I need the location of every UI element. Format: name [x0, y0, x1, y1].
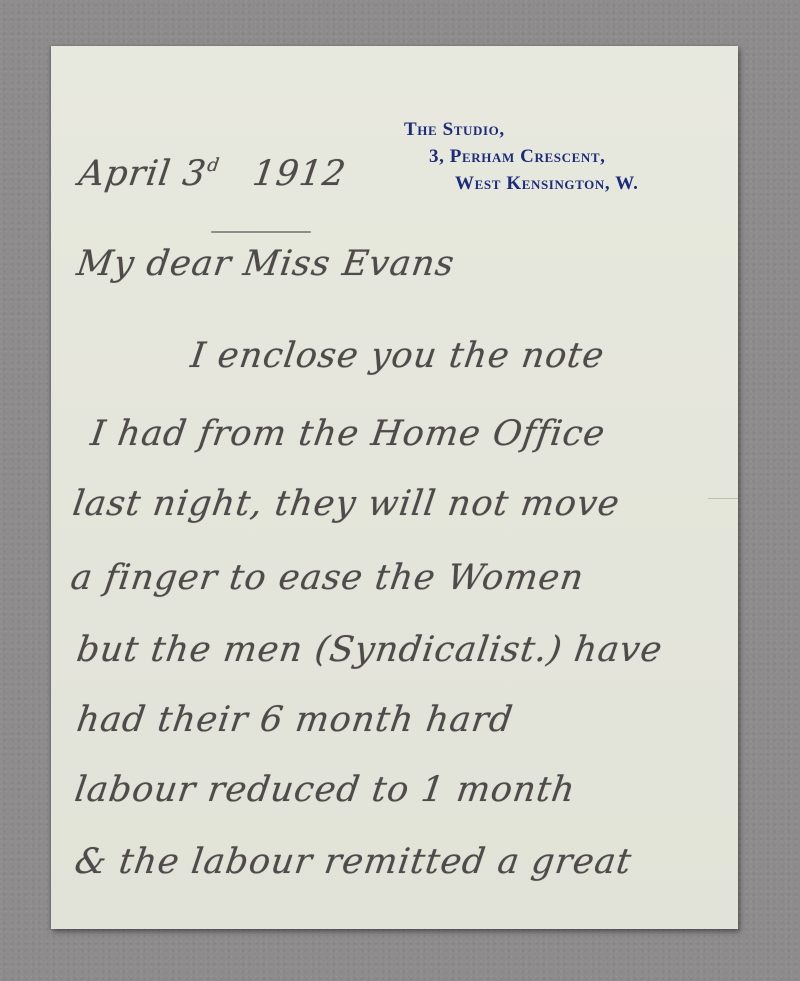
body-line-4: a finger to ease the Women	[68, 558, 586, 598]
date-year: 1912	[250, 154, 349, 194]
letterhead-line-2: 3, Perham Crescent,	[429, 143, 638, 170]
date-underline	[211, 231, 311, 233]
date-month-day: April 3	[76, 154, 209, 194]
letter-card: The Studio, 3, Perham Crescent, West Ken…	[51, 46, 738, 929]
body-line-3: last night, they will not move	[70, 484, 622, 524]
letter-date: April 3d 1912	[76, 154, 349, 194]
body-line-6: had their 6 month hard	[74, 700, 515, 740]
letterhead-line-3: West Kensington, W.	[455, 170, 638, 197]
body-line-7: labour reduced to 1 month	[72, 770, 578, 810]
date-ordinal: d	[206, 155, 221, 176]
body-line-1: I enclose you the note	[188, 336, 607, 376]
body-line-5: but the men (Syndicalist.) have	[74, 630, 665, 670]
body-line-2: I had from the Home Office	[88, 414, 608, 454]
body-line-8: & the labour remitted a great	[72, 842, 634, 882]
letterhead: The Studio, 3, Perham Crescent, West Ken…	[404, 116, 638, 197]
salutation: My dear Miss Evans	[74, 244, 457, 284]
paper-crease	[708, 498, 738, 499]
letterhead-line-1: The Studio,	[404, 116, 638, 143]
